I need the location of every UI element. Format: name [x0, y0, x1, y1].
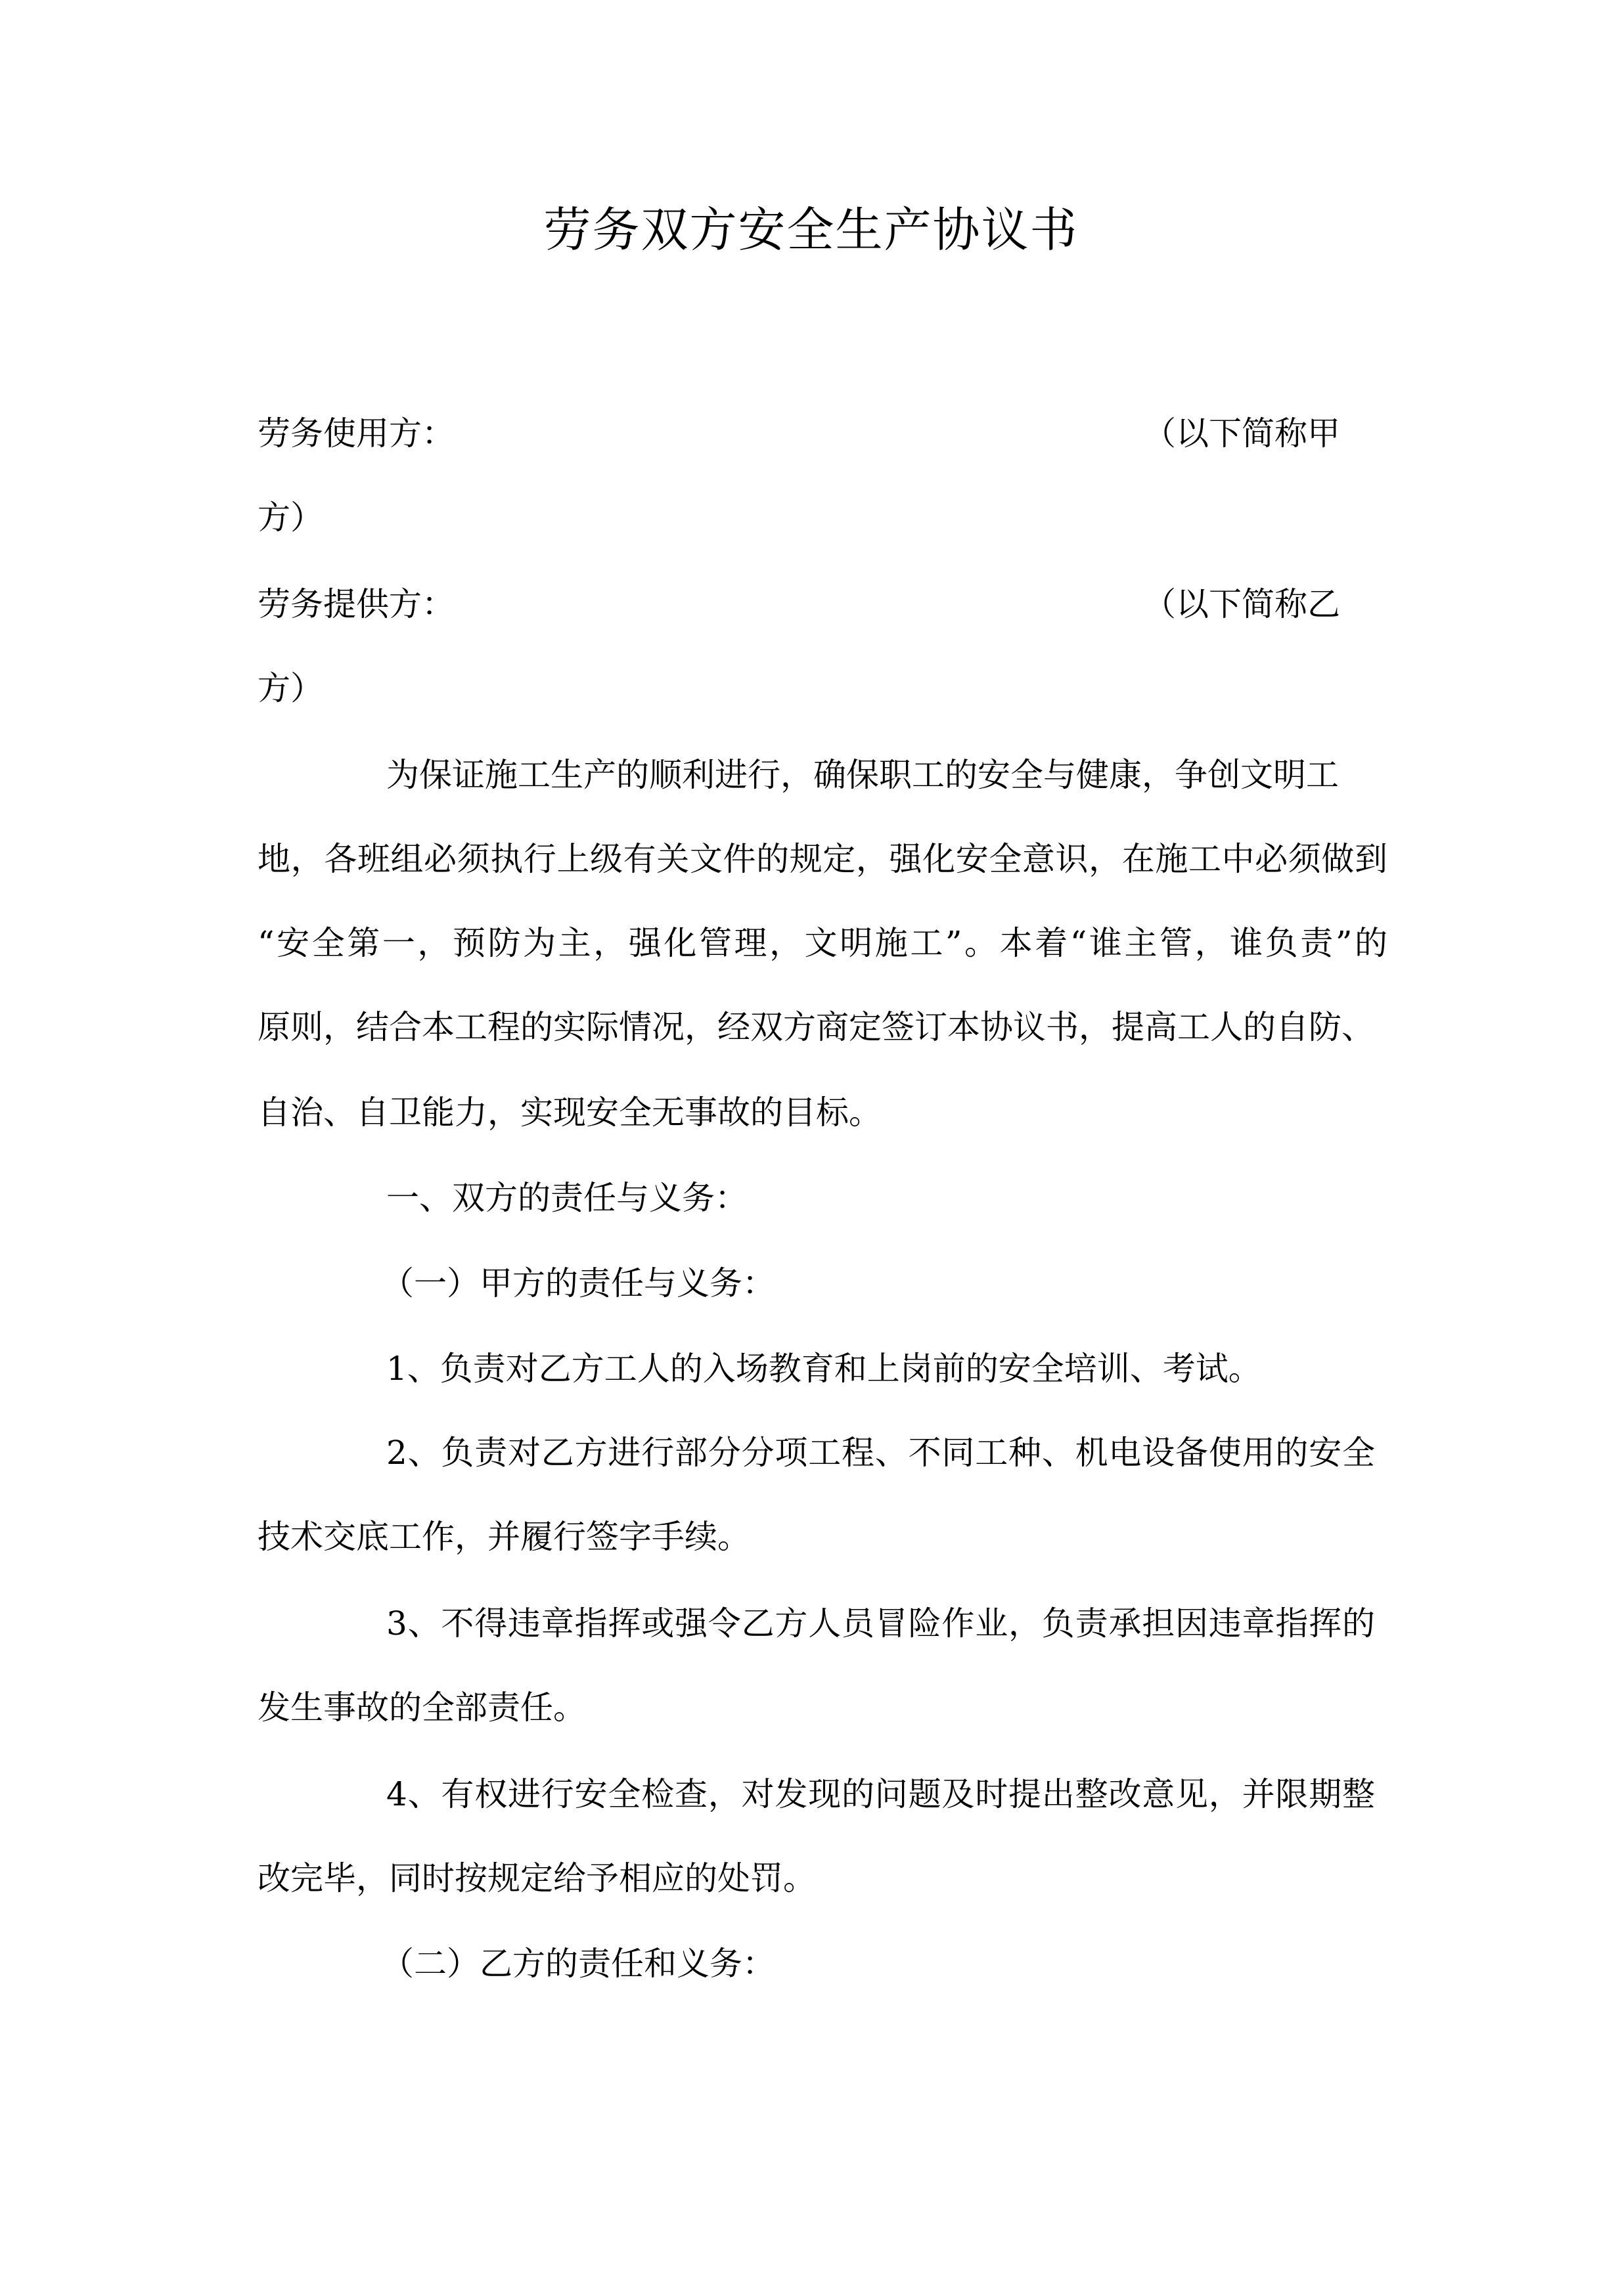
clause-item: 4、有权进行安全检查，对发现的问题及时提出整改意见，并限期整 [386, 1771, 1375, 1817]
party-b-abbreviation-cont: 方） [258, 665, 1387, 711]
party-b-abbreviation: （以下简称乙 [1143, 581, 1340, 627]
party-a-abbreviation-cont: 方） [258, 495, 1387, 541]
preamble-line: 自治、自卫能力，实现安全无事故的目标。 [258, 1090, 1387, 1136]
clause-item: 2、负责对乙方进行部分分项工程、不同工种、机电设备使用的安全 [386, 1430, 1375, 1476]
preamble-line: 地，各班组必须执行上级有关文件的规定，强化安全意识，在施工中必须做到 [258, 836, 1387, 882]
preamble-line: 为保证施工生产的顺利进行，确保职工的安全与健康，争创文明工 [386, 752, 1372, 798]
party-a-abbreviation: （以下简称甲 [1143, 410, 1340, 456]
clause-item: 3、不得违章指挥或强令乙方人员冒险作业，负责承担因违章指挥的 [386, 1601, 1375, 1646]
document-title: 劳务双方安全生产协议书 [0, 197, 1622, 263]
clause-item: 1、负责对乙方工人的入场教育和上岗前的安全培训、考试。 [386, 1346, 1516, 1392]
clause-item-cont: 改完毕，同时按规定给予相应的处罚。 [258, 1855, 1387, 1901]
clause-item-cont: 发生事故的全部责任。 [258, 1685, 1387, 1731]
subsection-heading-party-b: （二）乙方的责任和义务： [381, 1941, 1511, 1987]
subsection-heading-party-a: （一）甲方的责任与义务： [381, 1260, 1511, 1306]
preamble-line: “安全第一，预防为主，强化管理，文明施工”。本着“谁主管，谁负责”的 [258, 920, 1387, 966]
section-heading: 一、双方的责任与义务： [386, 1175, 1516, 1221]
document-page: 劳务双方安全生产协议书 劳务使用方： （以下简称甲 方） 劳务提供方： （以下简… [0, 0, 1622, 2296]
preamble-line: 原则，结合本工程的实际情况，经双方商定签订本协议书，提高工人的自防、 [258, 1004, 1368, 1050]
clause-item-cont: 技术交底工作，并履行签字手续。 [258, 1514, 1387, 1560]
